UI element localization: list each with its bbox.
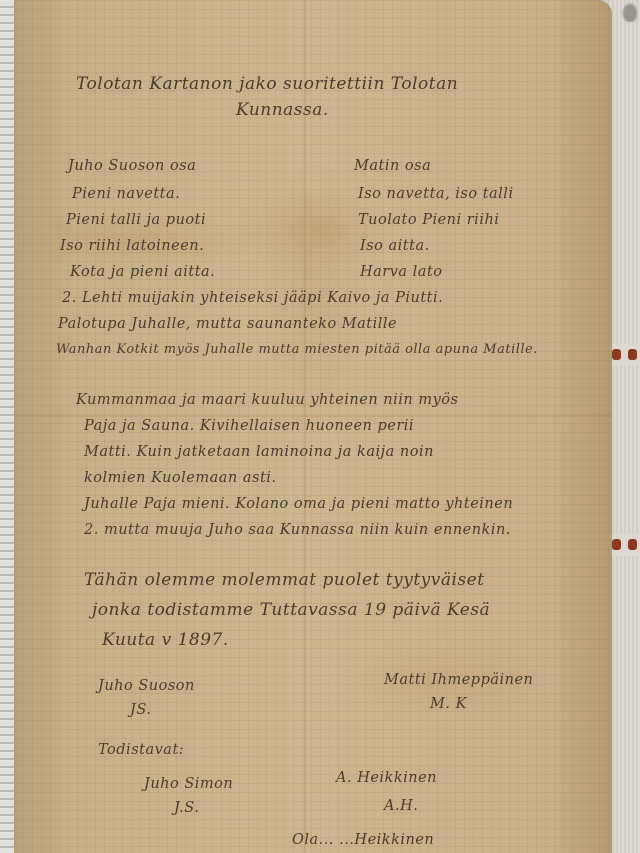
left-item: Pieni talli ja puoti [66, 212, 206, 228]
right-item: Harva lato [360, 264, 443, 280]
closing-line: Kuuta v 1897. [102, 630, 229, 650]
right-item: Iso aitta. [360, 238, 430, 254]
signature-left-name: Juho Suoson [98, 678, 195, 694]
closing-line: Tähän olemme molemmat puolet tyytyväiset [84, 570, 485, 590]
paragraph1-line: 2. Lehti muijakin yhteiseksi jääpi Kaivo… [62, 290, 443, 306]
witness-right-name: A. Heikkinen [336, 770, 437, 786]
left-item: Pieni navetta. [72, 186, 180, 202]
lace-tablecloth-right [610, 0, 640, 853]
fold-crease-horizontal [14, 415, 612, 417]
lace-tablecloth-left [0, 0, 14, 853]
witness-left-name: Juho Simon [144, 776, 233, 792]
title-line-1: Tolotan Kartanon jako suoritettiin Tolot… [76, 74, 458, 94]
title-line-2: Kunnassa. [236, 100, 329, 120]
witnesses-label: Todistavat: [98, 742, 184, 758]
signature-right-name: Matti Ihmeppäinen [384, 672, 533, 688]
paragraph1-line: Palotupa Juhalle, mutta saunanteko Matil… [58, 316, 397, 332]
paragraph2-line: 2. mutta muuja Juho saa Kunnassa niin ku… [84, 522, 511, 538]
witness-left-initials: J.S. [174, 800, 199, 816]
lace-embroidery-band [610, 344, 640, 366]
paragraph2-line: Paja ja Sauna. Kivihellaisen huoneen per… [84, 418, 414, 434]
signature-left-initials: JS. [130, 702, 151, 718]
left-column-heading: Juho Suoson osa [68, 158, 196, 174]
left-item: Iso riihi latoineen. [60, 238, 204, 254]
right-item: Iso navetta, iso talli [358, 186, 514, 202]
paragraph1-line: Wanhan Kotkit myös Juhalle mutta miesten… [56, 342, 538, 357]
left-item: Kota ja pieni aitta. [70, 264, 215, 280]
document-paper: Tolotan Kartanon jako suoritettiin Tolot… [14, 0, 612, 853]
closing-line: jonka todistamme Tuttavassa 19 päivä Kes… [92, 600, 490, 620]
right-column-heading: Matin osa [354, 158, 431, 174]
lace-embroidery-band [610, 534, 640, 556]
witness-right-initials: A.H. [384, 798, 418, 814]
witness-bottom-name: Ola... ...Heikkinen [292, 832, 434, 848]
paragraph2-line: kolmien Kuolemaan asti. [84, 470, 277, 486]
paragraph2-line: Juhalle Paja mieni. Kolano oma ja pieni … [84, 496, 513, 512]
signature-right-initials: M. K [430, 696, 467, 712]
lace-ornament-top [620, 0, 640, 22]
right-item: Tuolato Pieni riihi [358, 212, 499, 228]
paragraph2-line: Matti. Kuin jatketaan laminoina ja kaija… [84, 444, 434, 460]
paragraph2-line: Kummanmaa ja maari kuuluu yhteinen niin … [76, 392, 458, 408]
